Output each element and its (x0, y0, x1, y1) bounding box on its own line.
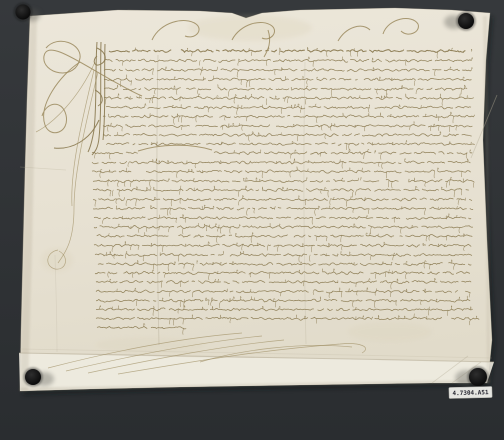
archive-label: 4.7304.A51 (449, 386, 492, 398)
parchment (19, 8, 497, 395)
document-photo: 4.7304.A51 (0, 0, 504, 440)
label-text: 4.7304.A51 (452, 389, 489, 397)
photograph: 4.7304.A51 (0, 0, 504, 440)
